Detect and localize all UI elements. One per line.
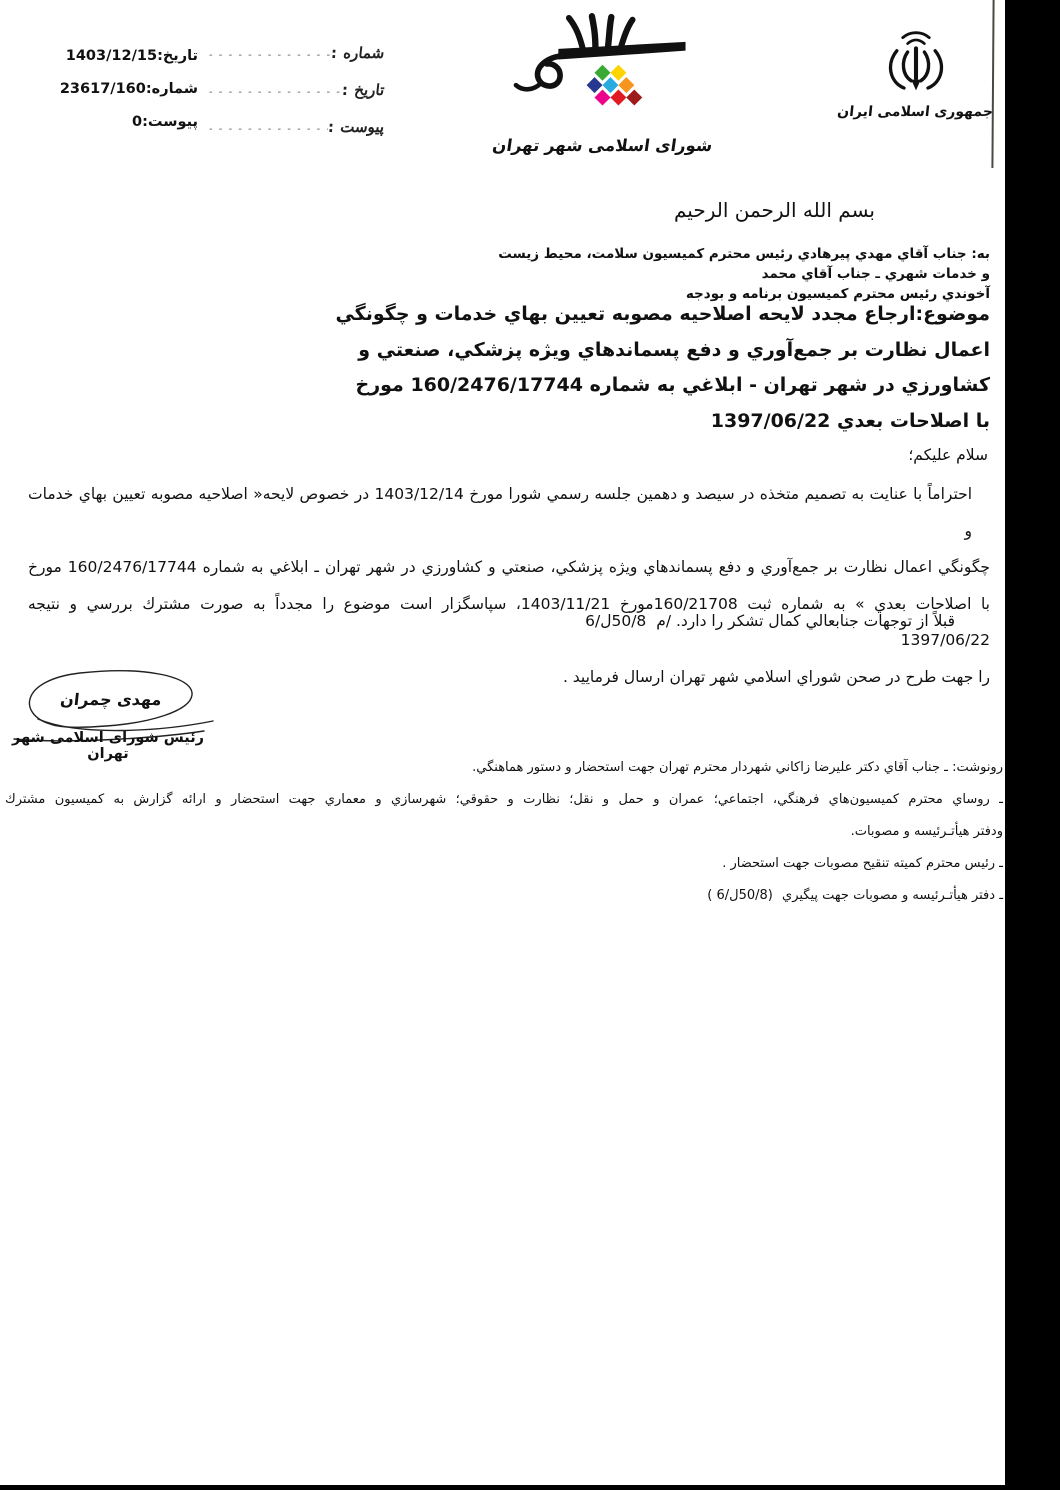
allah-emblem-icon — [861, 28, 971, 100]
basmala: بسم الله الرحمن الرحيم — [690, 198, 875, 222]
form-date-label: تاريخ : — [341, 81, 385, 99]
signature-block: مهدی چمران رئیس شورای اسلامی شهر تهران — [8, 664, 248, 764]
closing-line: قبلاً از توجهات جنابعالي كمال تشكر را دا… — [585, 612, 955, 630]
body-line-text: با اصلاحات بعدي » به شماره ثبت 160/21708… — [28, 595, 990, 613]
cc-line: ـ روساي محترم كميسيون‌هاي فرهنگي، اجتماع… — [5, 787, 1003, 814]
body-paragraph: احتراماً با عنايت به تصميم متخذه در سيصد… — [28, 476, 990, 695]
council-logo-diamonds — [587, 65, 643, 106]
body-line: احتراماً با عنايت به تصميم متخذه در سيصد… — [28, 476, 990, 549]
form-number-label: شماره : — [330, 44, 385, 62]
meta-date: تاريخ:1403/12/15 — [38, 40, 198, 73]
form-row-attachment: پيوست : - - - - - - - - - - - - - - - - — [205, 108, 383, 145]
cc-line: رونوشت: ـ جناب آقاي دكتر عليرضا زاكاني ش… — [5, 755, 1003, 782]
closing-text: قبلاً از توجهات جنابعالي كمال تشكر را دا… — [656, 612, 955, 630]
scan-black-band-right — [1005, 0, 1060, 1490]
subject-line: با اصلاحات بعدي 1397/06/22 — [485, 404, 990, 440]
letter-meta-block: تاريخ:1403/12/15 شماره:23617/160 پيوست:0 — [38, 40, 198, 139]
form-row-date: تاريخ : - - - - - - - - - - - - - - - - — [205, 71, 383, 108]
letter-page: تاريخ:1403/12/15 شماره:23617/160 پيوست:0… — [0, 0, 1060, 1490]
cc-followup-code: ( 6/ل50/8) — [707, 888, 773, 903]
body-line: چگونگي اعمال نظارت بر جمع‌آوري و دفع پسم… — [28, 549, 990, 586]
meta-attachment: پيوست:0 — [38, 106, 198, 139]
subject-line: كشاورزي در شهر تهران - ابلاغي به شماره 1… — [485, 368, 990, 404]
registration-form: شماره : - - - - - - - - - - - - - - - - … — [205, 34, 383, 145]
cc-line: ودفتر هيأتـرئيسه و مصوبات. — [5, 819, 1003, 846]
body-line-date: 1397/06/22 — [901, 631, 990, 649]
subject-last-text: با اصلاحات بعدي — [837, 410, 990, 432]
council-logo-caption: شورای اسلامی شهر تهران — [469, 136, 737, 155]
national-emblem-caption: جمهوری اسلامی ایران — [837, 104, 994, 120]
form-attachment-dots: - - - - - - - - - - - - - - - - — [209, 118, 328, 135]
national-emblem: جمهوری اسلامی ایران — [838, 28, 993, 120]
form-attachment-label: پيوست : — [327, 118, 384, 136]
subject-last-date: 1397/06/22 — [711, 410, 831, 432]
council-logo-icon — [470, 12, 735, 130]
typist-code: 6/ل50/8 — [585, 612, 646, 630]
cc-last-prefix: ـ دفتر هيأتـرئيسه و مصوبات جهت پيگيري — [782, 888, 1003, 903]
subject-block: موضوع:ارجاع مجدد لايحه اصلاحيه مصوبه تعي… — [485, 297, 990, 439]
council-logo: شورای اسلامی شهر تهران — [470, 12, 735, 155]
meta-number: شماره:23617/160 — [38, 73, 198, 106]
cc-block: رونوشت: ـ جناب آقاي دكتر عليرضا زاكاني ش… — [5, 755, 1003, 915]
subject-line: اعمال نظارت بر جمع‌آوري و دفع پسماندهاي … — [485, 333, 990, 369]
addressee-line: به: جناب آقاي مهدي پيرهادي رئيس محترم كم… — [490, 244, 990, 284]
form-date-dots: - - - - - - - - - - - - - - - - — [209, 81, 342, 98]
scan-black-band-bottom — [0, 1485, 1060, 1490]
form-row-number: شماره : - - - - - - - - - - - - - - - - — [205, 34, 383, 71]
addressee-block: به: جناب آقاي مهدي پيرهادي رئيس محترم كم… — [490, 244, 990, 304]
form-number-dots: - - - - - - - - - - - - - - - - — [209, 44, 331, 61]
signatory-name: مهدی چمران — [35, 690, 187, 709]
salutation: سلام عليكم؛ — [908, 446, 988, 464]
subject-line: موضوع:ارجاع مجدد لايحه اصلاحيه مصوبه تعي… — [485, 297, 990, 333]
cc-line: ـ دفتر هيأتـرئيسه و مصوبات جهت پيگيري ( … — [5, 883, 1003, 910]
cc-line: ـ رئيس محترم كميته تنقيح مصوبات جهت استح… — [5, 851, 1003, 878]
